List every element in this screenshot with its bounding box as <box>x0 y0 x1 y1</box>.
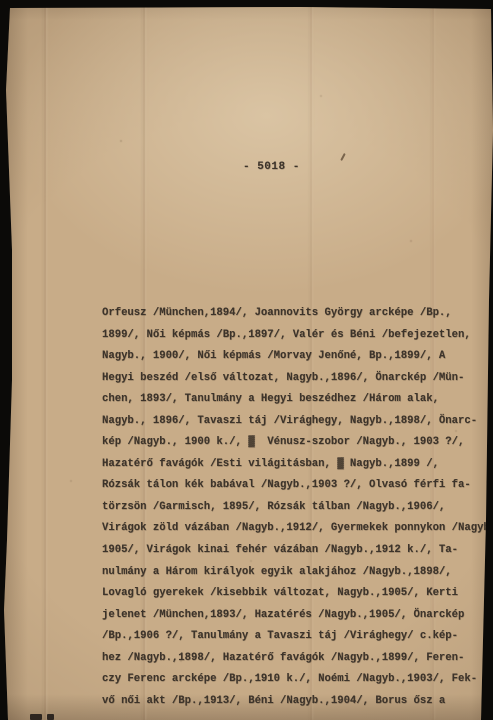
cutoff-letter-top <box>47 714 54 720</box>
text-line: Hegyi beszéd /első változat, Nagyb.,1896… <box>102 368 482 390</box>
text-line: törzsön /Garmisch, 1895/, Rózsák tálban … <box>102 497 482 519</box>
text-line: 1899/, Női képmás /Bp.,1897/, Valér és B… <box>102 325 482 347</box>
text-line: Nagyb., 1896/, Tavaszi táj /Virághegy, N… <box>102 411 482 433</box>
text-line: jelenet /München,1893/, Hazatérés /Nagyb… <box>102 605 482 627</box>
text-line: hez /Nagyb.,1898/, Hazatérő favágók /Nag… <box>102 648 482 670</box>
scratch-mark <box>340 153 346 161</box>
text-line: Orfeusz /München,1894/, Joannovits Györg… <box>102 303 482 325</box>
text-line: Lovagló gyerekek /kisebbik változat, Nag… <box>102 583 482 605</box>
text-line: nulmány a Három királyok egyik alakjához… <box>102 562 482 584</box>
paper-speckles <box>0 0 2 2</box>
cutoff-letter-top <box>30 714 42 720</box>
text-line: Virágok zöld vázában /Nagyb.,1912/, Gyer… <box>102 518 482 540</box>
page-number: - 5018 - <box>243 161 300 173</box>
text-line: Rózsák tálon kék babával /Nagyb.,1903 ?/… <box>102 475 482 497</box>
text-line: vő női akt /Bp.,1913/, Béni /Nagyb.,1904… <box>102 691 482 713</box>
text-line: 1905/, Virágok kinai fehér vázában /Nagy… <box>102 540 482 562</box>
paper-crease <box>44 0 46 720</box>
scanned-page: - 5018 - Orfeusz /München,1894/, Joannov… <box>0 0 493 720</box>
text-line: /Bp.,1906 ?/, Tanulmány a Tavaszi táj /V… <box>102 626 482 648</box>
typewritten-text-block: Orfeusz /München,1894/, Joannovits Györg… <box>102 303 482 712</box>
text-line: kép /Nagyb., 1900 k./, ▓ Vénusz-szobor /… <box>102 432 482 454</box>
paper-sheet: - 5018 - Orfeusz /München,1894/, Joannov… <box>0 0 493 720</box>
text-line: chen, 1893/, Tanulmány a Hegyi beszédhez… <box>102 389 482 411</box>
text-line: Hazatérő favágók /Esti világitásban, ▓ N… <box>102 454 482 476</box>
text-line: Nagyb., 1900/, Női képmás /Morvay Jenőné… <box>102 346 482 368</box>
text-line: czy Ferenc arcképe /Bp.,1910 k./, Noémi … <box>102 669 482 691</box>
